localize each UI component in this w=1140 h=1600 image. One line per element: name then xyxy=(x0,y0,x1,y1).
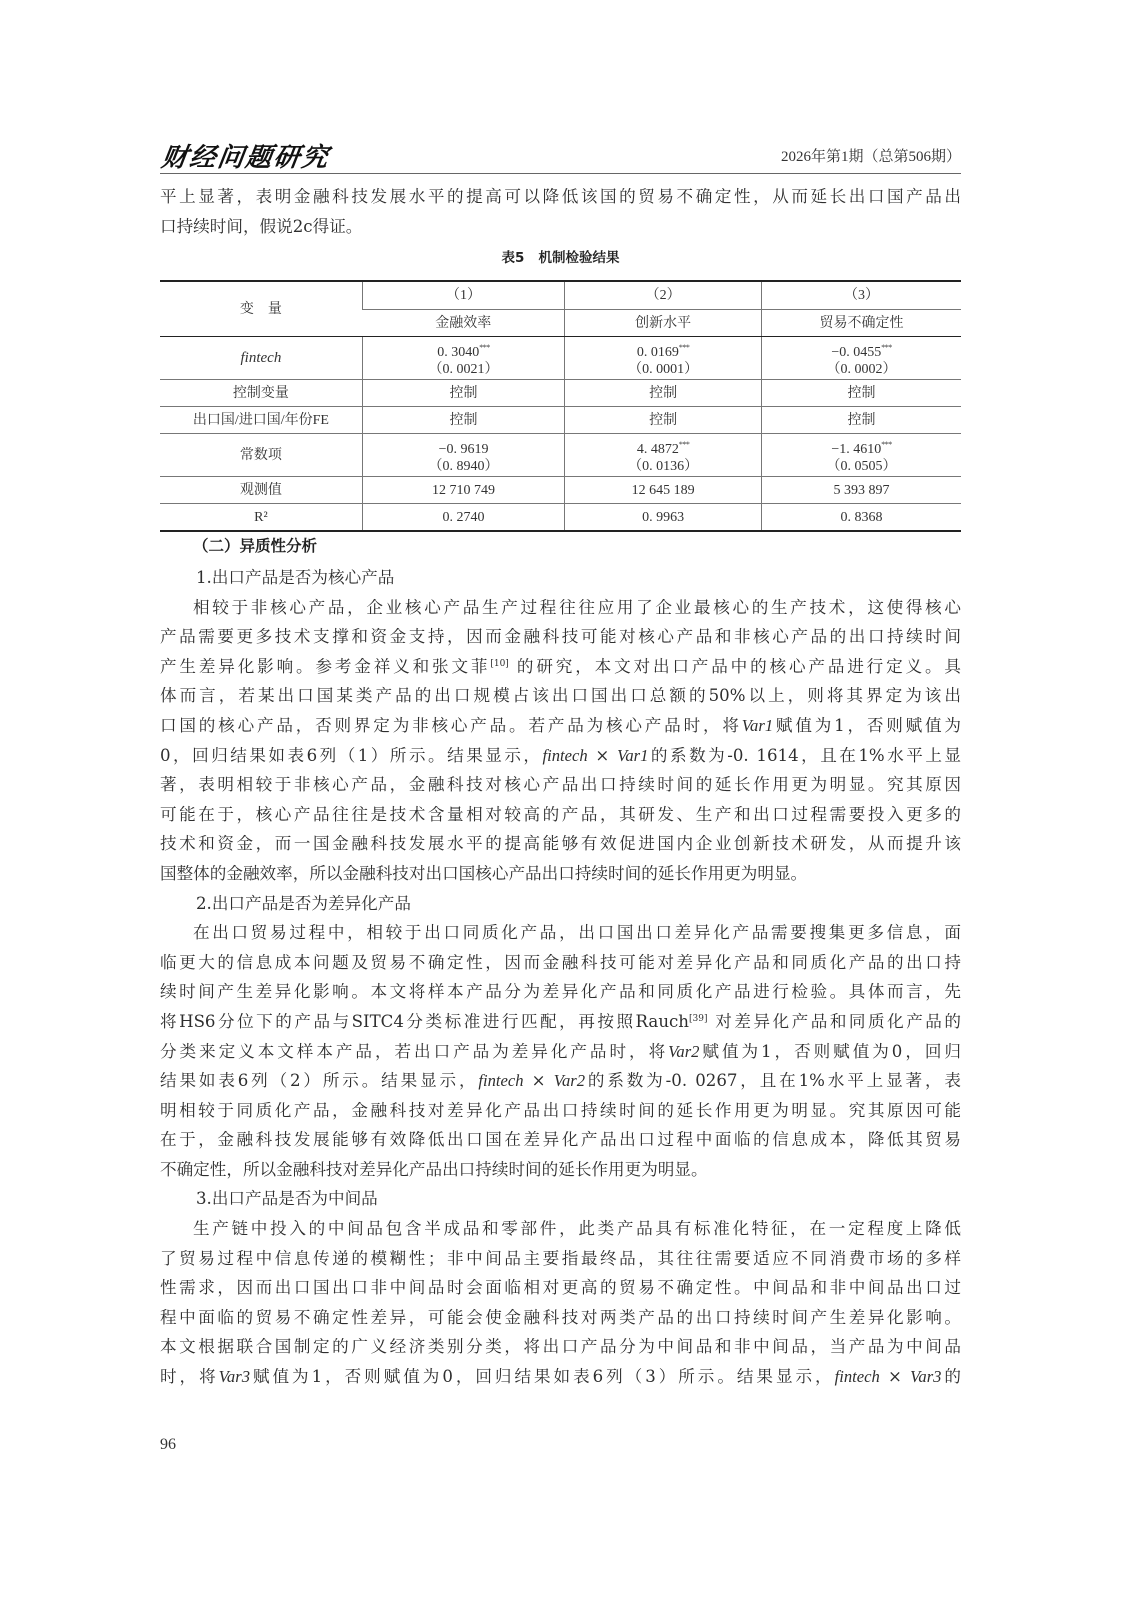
text-line: 产生差异化影响。参考金祥义和张文菲[10] 的研究，本文对出口产品中的核心产品进… xyxy=(160,652,961,682)
table-cell: 0. 2740 xyxy=(362,504,564,532)
citation-ref[interactable]: [10] xyxy=(490,659,508,669)
table-cell: 控制 xyxy=(362,380,564,407)
table-cell: 0. 9963 xyxy=(565,504,762,532)
table-cell: 0. 3040***（0. 0021） xyxy=(362,337,564,380)
text-line: 续时间产生差异化影响。本文将样本产品分为差异化产品和同质化产品进行检验。具体而言… xyxy=(160,977,961,1007)
page-header: 财经问题研究 2026年第1期（总第506期） xyxy=(160,137,961,174)
column-name: 贸易不确定性 xyxy=(762,310,961,337)
text-line: 技术和资金，而一国金融科技发展水平的提高能够有效促进国内企业创新技术研发，从而提… xyxy=(160,829,961,859)
text-line: 平上显著，表明金融科技发展水平的提高可以降低该国的贸易不确定性，从而延长出口国产… xyxy=(160,182,961,212)
table-cell: −0. 9619（0. 8940） xyxy=(362,434,564,477)
column-index: （3） xyxy=(762,281,961,310)
column-index: （2） xyxy=(565,281,762,310)
body-text: 1.出口产品是否为核心产品 相较于非核心产品，企业核心产品生产过程往往应用了企业… xyxy=(160,563,961,1392)
table-row: 观测值 12 710 749 12 645 189 5 393 897 xyxy=(160,477,961,504)
table-cell: 0. 8368 xyxy=(762,504,961,532)
text-line: 程中面临的贸易不确定性差异，可能会使金融科技对两类产品的出口持续时间产生差异化影… xyxy=(160,1303,961,1333)
text-line: 口持续时间，假说2c得证。 xyxy=(160,212,961,242)
table-cell: 5 393 897 xyxy=(762,477,961,504)
row-label: 观测值 xyxy=(160,477,362,504)
text-line: 明相较于同质化产品，金融科技对差异化产品出口持续时间的延长作用更为明显。究其原因… xyxy=(160,1096,961,1126)
text-line: 临更大的信息成本问题及贸易不确定性，因而金融科技可能对差异化产品和同质化产品的出… xyxy=(160,948,961,978)
table-caption: 表5机制检验结果 xyxy=(160,246,961,266)
text-line: 不确定性，所以金融科技对差异化产品出口持续时间的延长作用更为明显。 xyxy=(160,1155,961,1185)
table-cell: 0. 0169***（0. 0001） xyxy=(565,337,762,380)
text-line: 将HS6分位下的产品与SITC4分类标准进行匹配，再按照Rauch[39] 对差… xyxy=(160,1007,961,1037)
row-label: 控制变量 xyxy=(160,380,362,407)
row-label: 出口国/进口国/年份FE xyxy=(160,407,362,434)
table-row: 出口国/进口国/年份FE 控制 控制 控制 xyxy=(160,407,961,434)
text-line: 口国的核心产品，否则界定为非核心产品。若产品为核心产品时，将Var1赋值为1，否… xyxy=(160,711,961,741)
table-row: 常数项 −0. 9619（0. 8940） 4. 4872***（0. 0136… xyxy=(160,434,961,477)
text-line: 性需求，因而出口国出口非中间品时会面临相对更高的贸易不确定性。中间品和非中间品出… xyxy=(160,1273,961,1303)
text-line: 本文根据联合国制定的广义经济类别分类，将出口产品分为中间品和非中间品，当产品为中… xyxy=(160,1332,961,1362)
table-cell: 4. 4872***（0. 0136） xyxy=(565,434,762,477)
text-line: 在于，金融科技发展能够有效降低出口国在差异化产品出口过程中面临的信息成本，降低其… xyxy=(160,1125,961,1155)
table-cell: 12 645 189 xyxy=(565,477,762,504)
section-heading: （二）异质性分析 xyxy=(193,534,317,556)
table-cell: 控制 xyxy=(762,380,961,407)
variable-header: 变 量 xyxy=(160,281,362,337)
table-cell: 控制 xyxy=(362,407,564,434)
column-name: 创新水平 xyxy=(565,310,762,337)
text-line: 时，将Var3赋值为1，否则赋值为0，回归结果如表6列（3）所示。结果显示，fi… xyxy=(160,1362,961,1392)
row-label: R² xyxy=(160,504,362,532)
table-cell: 控制 xyxy=(762,407,961,434)
subsection-title: 1.出口产品是否为核心产品 xyxy=(160,563,961,593)
row-label: 常数项 xyxy=(160,434,362,477)
table-cell: 控制 xyxy=(565,407,762,434)
intro-paragraph: 平上显著，表明金融科技发展水平的提高可以降低该国的贸易不确定性，从而延长出口国产… xyxy=(160,182,961,241)
text-line: 0，回归结果如表6列（1）所示。结果显示，fintech × Var1的系数为-… xyxy=(160,741,961,771)
issue-label: 2026年第1期（总第506期） xyxy=(781,145,961,166)
text-line: 结果如表6列（2）所示。结果显示，fintech × Var2的系数为-0. 0… xyxy=(160,1066,961,1096)
table-cell: 控制 xyxy=(565,380,762,407)
text-line: 生产链中投入的中间品包含半成品和零部件，此类产品具有标准化特征，在一定程度上降低 xyxy=(160,1214,961,1244)
text-line: 了贸易过程中信息传递的模糊性；非中间品主要指最终品，其往往需要适应不同消费市场的… xyxy=(160,1244,961,1274)
page-number: 96 xyxy=(160,1436,176,1454)
text-line: 著，表明相较于非核心产品，金融科技对核心产品出口持续时间的延长作用更为明显。究其… xyxy=(160,770,961,800)
table-cell: −1. 4610***（0. 0505） xyxy=(762,434,961,477)
text-line: 可能在于，核心产品往往是技术含量相对较高的产品，其研发、生产和出口过程需要投入更… xyxy=(160,800,961,830)
column-index: （1） xyxy=(362,281,564,310)
text-line: 体而言，若某出口国某类产品的出口规模占该出口国出口总额的50%以上，则将其界定为… xyxy=(160,681,961,711)
journal-logo: 财经问题研究 xyxy=(159,137,332,174)
table-row: R² 0. 2740 0. 9963 0. 8368 xyxy=(160,504,961,532)
row-label: fintech xyxy=(160,337,362,380)
table-title: 机制检验结果 xyxy=(538,250,619,266)
mechanism-results-table: 变 量 （1） （2） （3） 金融效率 创新水平 贸易不确定性 fintech… xyxy=(160,280,961,532)
column-name: 金融效率 xyxy=(362,310,564,337)
table-cell: 12 710 749 xyxy=(362,477,564,504)
table-cell: −0. 0455***（0. 0002） xyxy=(762,337,961,380)
text-line: 产品需要更多技术支撑和资金支持，因而金融科技可能对核心产品和非核心产品的出口持续… xyxy=(160,622,961,652)
text-line: 国整体的金融效率，所以金融科技对出口国核心产品出口持续时间的延长作用更为明显。 xyxy=(160,859,961,889)
text-line: 在出口贸易过程中，相较于出口同质化产品，出口国出口差异化产品需要搜集更多信息，面 xyxy=(160,918,961,948)
text-line: 相较于非核心产品，企业核心产品生产过程往往应用了企业最核心的生产技术，这使得核心 xyxy=(160,593,961,623)
subsection-title: 2.出口产品是否为差异化产品 xyxy=(160,889,961,919)
table-row: 控制变量 控制 控制 控制 xyxy=(160,380,961,407)
table-header-row: 变 量 （1） （2） （3） xyxy=(160,281,961,310)
table-number: 表5 xyxy=(502,250,525,266)
citation-ref[interactable]: [39] xyxy=(689,1014,707,1024)
text-line: 分类来定义本文样本产品，若出口产品为差异化产品时，将Var2赋值为1，否则赋值为… xyxy=(160,1037,961,1067)
table-row: fintech 0. 3040***（0. 0021） 0. 0169***（0… xyxy=(160,337,961,380)
subsection-title: 3.出口产品是否为中间品 xyxy=(160,1184,961,1214)
